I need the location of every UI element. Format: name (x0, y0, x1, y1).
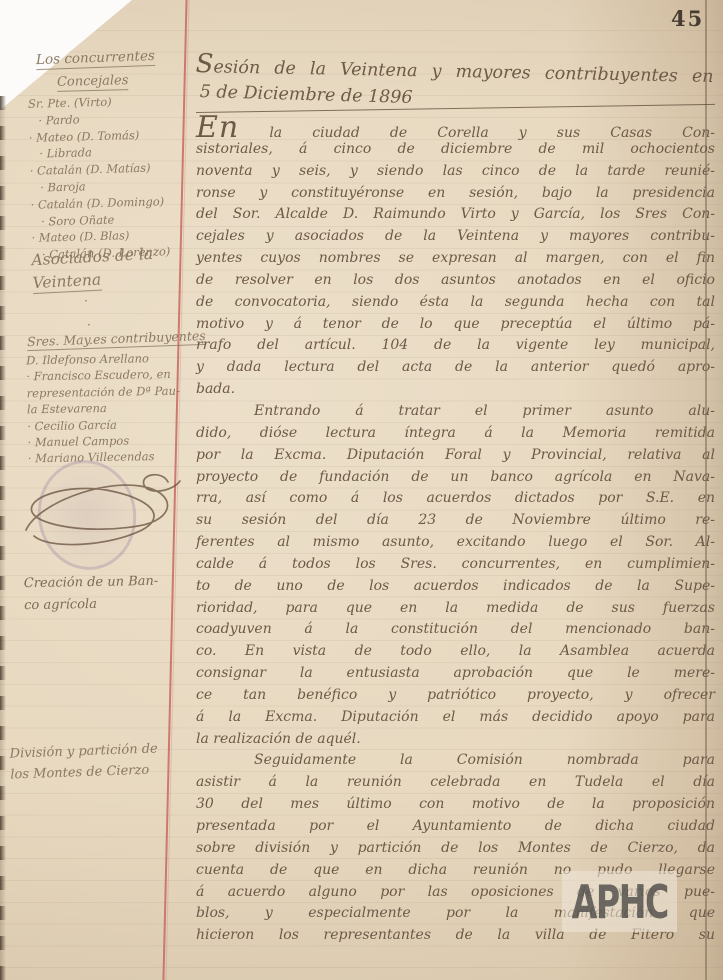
manuscript-line: por la Excma. Diputación Foral y Provinc… (196, 445, 715, 467)
manuscript-line: sobre división y partición de los Montes… (196, 838, 715, 860)
manuscript-line: En la ciudad de Corella y sus Casas Con- (196, 117, 715, 139)
manuscript-line: ronse y constituyéronse en sesión, bajo … (196, 183, 715, 205)
manuscript-line: motivo y á tenor de lo que preceptúa el … (196, 314, 715, 336)
manuscript-line: ferentes al mismo asunto, excitando lueg… (196, 532, 715, 554)
margin-note-banco: Creación de un Ban- co agrícola (24, 571, 159, 618)
manuscript-line: y dada lectura del acta de la anterior q… (196, 357, 715, 379)
manuscript-line: 30 del mes último con motivo de la propo… (196, 794, 715, 816)
manuscript-line: consignar la entusiasta aprobación que l… (196, 663, 715, 685)
manuscript-line: su sesión del día 23 de Noviembre último… (196, 510, 715, 532)
pen-rubric-flourish-icon (8, 468, 193, 573)
manuscript-line: rrafo del artícul. 104 de la vigente ley… (196, 335, 715, 357)
book-binding-edge (0, 96, 6, 980)
manuscript-line: ce tan benéfico y patriótico proyecto, y… (196, 685, 715, 707)
manuscript-line: to de uno de los acuerdos indicados de l… (196, 576, 715, 598)
manuscript-line: sistoriales, á cinco de diciembre de mil… (196, 139, 715, 161)
manuscript-line: presentada por el Ayuntamiento de dicha … (196, 816, 715, 838)
manuscript-line: noventa y seis, y siendo las cinco de la… (196, 161, 715, 183)
manuscript-line: proyecto de fundación de un banco agríco… (196, 467, 715, 489)
margin-note-montes: División y partición de los Montes de Ci… (9, 739, 159, 786)
manuscript-body: En la ciudad de Corella y sus Casas Con-… (196, 117, 715, 947)
manuscript-line: rra, así como á los acuerdos dictados po… (196, 488, 715, 510)
manuscript-line: Seguidamente la Comisión nombrada para (196, 750, 715, 772)
manuscript-line: la realización de aquél. (196, 729, 715, 751)
watermark-text: APHC (571, 879, 667, 925)
ink-dot: · (84, 294, 88, 308)
margin-attendees-title: Los concurrentes (36, 48, 155, 69)
ink-dot: · (87, 318, 91, 332)
manuscript-line: de resolver en los dos asuntos anotados … (196, 270, 715, 292)
manuscript-line: asistir á la reunión celebrada en Tudela… (196, 772, 715, 794)
manuscript-line: del Sor. Alcalde D. Raimundo Virto y Gar… (196, 204, 715, 226)
manuscript-line: rioridad, para que en la medida de sus f… (196, 598, 715, 620)
manuscript-line: calde á todos los Sres. concurrentes, en… (196, 554, 715, 576)
manuscript-line: á la Excma. Diputación el más decidido a… (196, 707, 715, 729)
margin-veintena-title: Asociados de la Veintena (31, 243, 155, 296)
manuscript-line: Entrando á tratar el primer asunto alu- (196, 401, 715, 423)
margin-councilors-title: Concejales (57, 73, 129, 91)
manuscript-line: coadyuven á la constitución del menciona… (196, 619, 715, 641)
manuscript-line: dido, dióse lectura íntegra á la Memoria… (196, 423, 715, 445)
folio-number: 45 (671, 6, 704, 31)
manuscript-line: bada. (196, 379, 715, 401)
manuscript-page: 45 Los concurrentes Concejales Sr. Pte. … (0, 0, 723, 980)
aphc-watermark: APHC (562, 871, 677, 932)
councilors-list: Sr. Pte. (Virto) · Pardo · Mateo (D. Tom… (28, 93, 171, 265)
contributors-list: D. Ildefonso Arellano · Francisco Escude… (26, 351, 181, 468)
manuscript-line: co. En vista de todo ello, la Asamblea a… (196, 641, 715, 663)
manuscript-line: yentes cuyos nombres se expresan al marg… (196, 248, 715, 270)
manuscript-line: cejales y asociados de la Veintena y may… (196, 226, 715, 248)
manuscript-line: de convocatoria, siendo ésta la segunda … (196, 292, 715, 314)
